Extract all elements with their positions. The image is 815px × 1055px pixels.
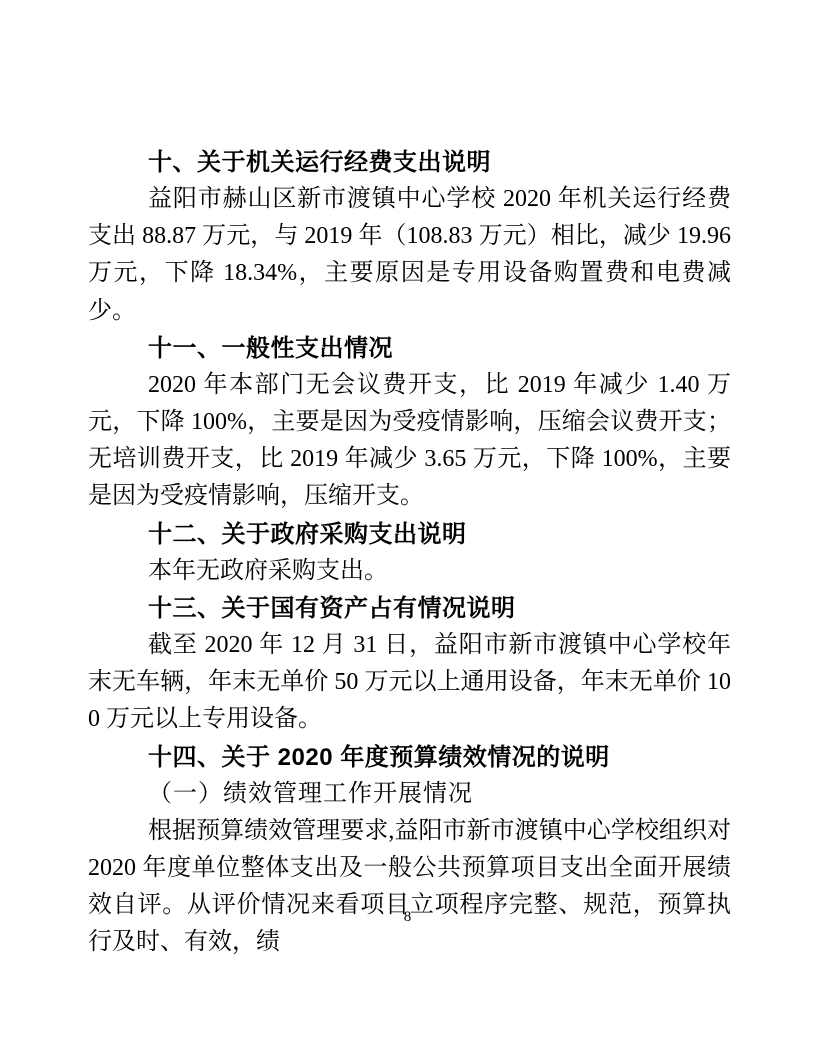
sub-heading: （一）绩效管理工作开展情况 — [88, 776, 731, 813]
section-heading: 十二、关于政府采购支出说明 — [88, 516, 731, 553]
section-state-owned-assets: 十三、关于国有资产占有情况说明 截至 2020 年 12 月 31 日，益阳市新… — [88, 590, 731, 739]
section-budget-performance: 十四、关于 2020 年度预算绩效情况的说明 （一）绩效管理工作开展情况 根据预… — [88, 739, 731, 962]
section-heading: 十四、关于 2020 年度预算绩效情况的说明 — [88, 739, 731, 776]
document-content: 十、关于机关运行经费支出说明 益阳市赫山区新市渡镇中心学校 2020 年机关运行… — [88, 0, 731, 961]
section-general-expense: 十一、一般性支出情况 2020 年本部门无会议费开支，比 2019 年减少 1.… — [88, 330, 731, 516]
body-paragraph: 根据预算绩效管理要求,益阳市新市渡镇中心学校组织对 2020 年度单位整体支出及… — [88, 813, 731, 962]
section-heading: 十三、关于国有资产占有情况说明 — [88, 590, 731, 627]
section-government-procurement: 十二、关于政府采购支出说明 本年无政府采购支出。 — [88, 516, 731, 590]
body-paragraph: 益阳市赫山区新市渡镇中心学校 2020 年机关运行经费支出 88.87 万元，与… — [88, 181, 731, 330]
document-page: 十、关于机关运行经费支出说明 益阳市赫山区新市渡镇中心学校 2020 年机关运行… — [0, 0, 815, 1055]
body-paragraph: 截至 2020 年 12 月 31 日，益阳市新市渡镇中心学校年末无车辆，年末无… — [88, 627, 731, 738]
section-heading: 十、关于机关运行经费支出说明 — [88, 144, 731, 181]
section-heading: 十一、一般性支出情况 — [88, 330, 731, 367]
body-paragraph: 本年无政府采购支出。 — [88, 553, 731, 590]
body-paragraph: 2020 年本部门无会议费开支，比 2019 年减少 1.40 万元，下降 10… — [88, 367, 731, 516]
section-office-operating-expense: 十、关于机关运行经费支出说明 益阳市赫山区新市渡镇中心学校 2020 年机关运行… — [88, 144, 731, 330]
page-number: 8 — [0, 908, 815, 926]
